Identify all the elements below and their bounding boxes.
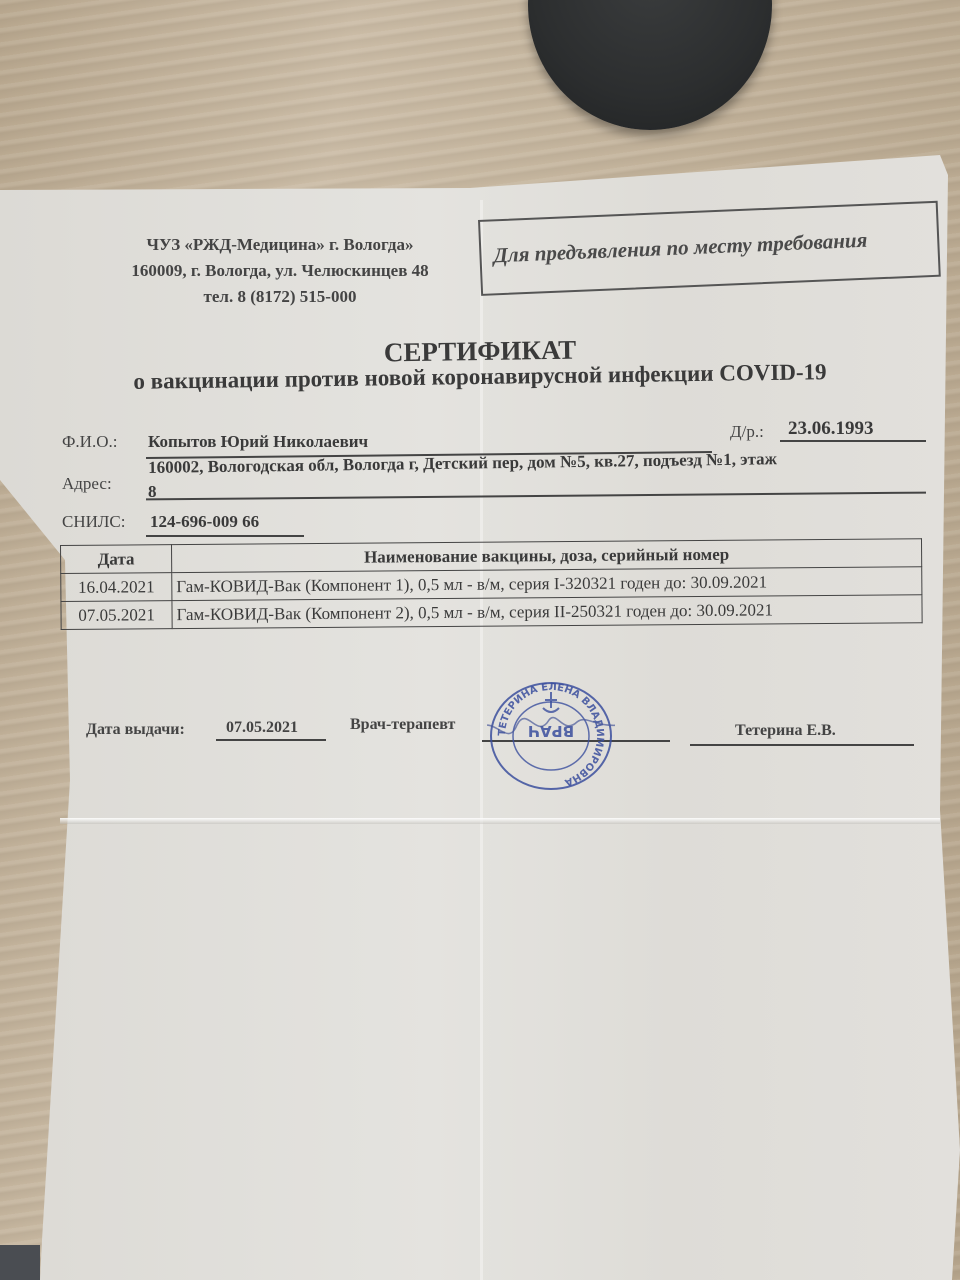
vaccination-date: 16.04.2021: [61, 573, 172, 602]
vaccination-table: Дата Наименование вакцины, доза, серийны…: [60, 538, 923, 630]
vaccination-date: 07.05.2021: [61, 601, 172, 630]
column-header-date: Дата: [61, 545, 172, 574]
dob-label: Д/р.:: [730, 422, 764, 442]
certificate-document: ЧУЗ «РЖД-Медицина» г. Вологда» 160009, г…: [0, 0, 960, 1280]
organization-address: 160009, г. Вологда, ул. Челюскинцев 48: [90, 258, 470, 284]
purpose-text: Для предъявления по месту требования: [493, 228, 868, 269]
fio-label: Ф.И.О.:: [62, 432, 117, 452]
organization-header: ЧУЗ «РЖД-Медицина» г. Вологда» 160009, г…: [90, 232, 470, 310]
organization-name: ЧУЗ «РЖД-Медицина» г. Вологда»: [90, 232, 470, 258]
address-label: Адрес:: [62, 474, 112, 494]
purpose-box: Для предъявления по месту требования: [478, 201, 941, 296]
dob-underline: [780, 440, 926, 442]
snils-label: СНИЛС:: [62, 512, 125, 532]
issue-date-value: 07.05.2021: [226, 719, 298, 737]
doctor-name: Тетерина Е.В.: [735, 722, 836, 740]
fio-value: Копытов Юрий Николаевич: [148, 432, 368, 452]
organization-phone: тел. 8 (8172) 515-000: [90, 284, 470, 310]
address-underline: [146, 492, 926, 500]
dob-value: 23.06.1993: [788, 418, 874, 440]
address-line-1: 160002, Вологодская обл, Вологда г, Детс…: [148, 449, 777, 478]
snils-underline: [146, 535, 304, 537]
doctor-name-underline: [690, 744, 914, 746]
doctor-role: Врач-терапевт: [350, 716, 455, 734]
issue-date-underline: [216, 739, 326, 741]
issue-date-label: Дата выдачи:: [86, 721, 185, 739]
doctor-seal-stamp: ТЕТЕРИНА ЕЛЕНА ВЛАДИМИРОВНА ВРАЧ: [487, 680, 615, 792]
table-row: 07.05.2021 Гам-КОВИД-Вак (Компонент 2), …: [61, 595, 922, 630]
snils-value: 124-696-009 66: [150, 512, 259, 532]
vaccine-details: Гам-КОВИД-Вак (Компонент 2), 0,5 мл - в/…: [172, 595, 922, 629]
